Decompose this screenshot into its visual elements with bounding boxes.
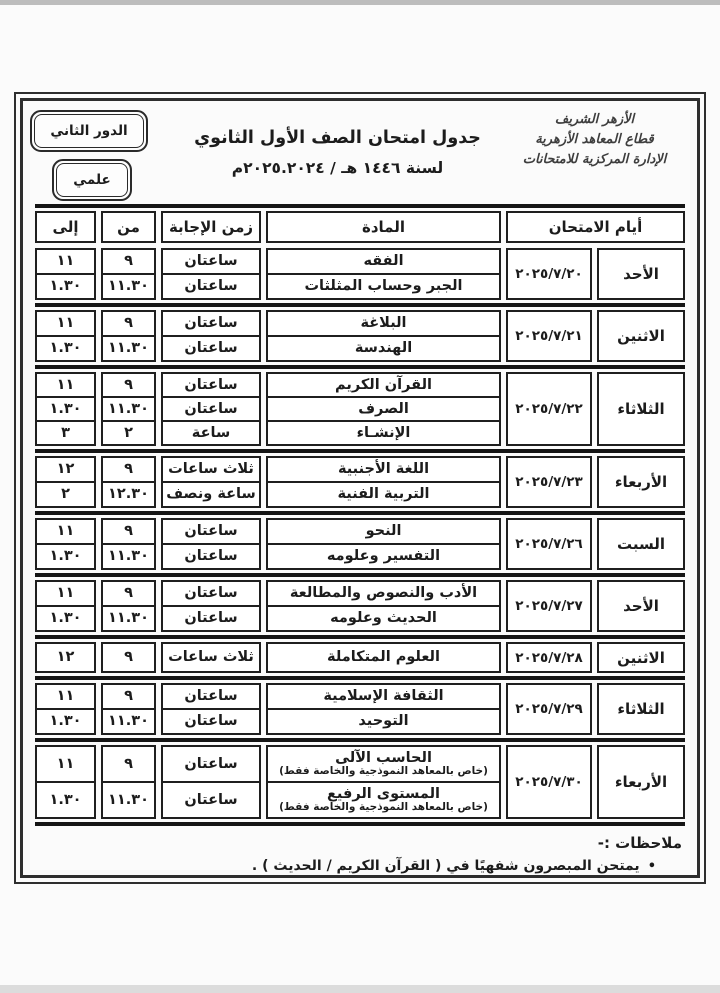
duration-cell: ساعة ونصف <box>163 481 259 506</box>
to-time-cell: ١١ <box>37 685 94 708</box>
duration-cell: ساعتان <box>163 312 259 335</box>
from-time-cell: ٩ <box>103 644 154 671</box>
document-title: جدول امتحان الصف الأول الثانوي <box>178 128 497 148</box>
subject-cell: التفسير وعلومه <box>268 543 499 568</box>
group-separator <box>35 449 685 453</box>
subject-name: الحاسب الآلى <box>335 750 432 766</box>
notes-heading: ملاحظات :- <box>38 834 682 852</box>
duration-cell: ساعتان <box>163 582 259 605</box>
subject-cell: الهندسة <box>268 335 499 360</box>
note-text: يمتحن المبصرون شفهيًا في ( القرآن الكريم… <box>252 858 640 874</box>
to-time-cell: ١١ <box>37 582 94 605</box>
subject-cell: اللغة الأجنبية <box>268 458 499 481</box>
subject-name: المستوى الرفيع <box>327 786 440 802</box>
from-time-cell: ٩ <box>103 747 154 781</box>
subject-cell: البلاغة <box>268 312 499 335</box>
document-year: لسنة ١٤٤٦ هـ / ٢٠٢٥.٢٠٢٤م <box>178 159 497 177</box>
day-group-monday-2: الاثنين ٢٠٢٥/٧/٢٨ العلوم المتكاملة ثلاث … <box>35 642 685 673</box>
letterhead-line2: قطاع المعاهد الأزهرية <box>497 130 692 150</box>
day-group-wednesday-1: الأربعاء ٢٠٢٥/٧/٢٣ اللغة الأجنبية التربي… <box>35 456 685 508</box>
day-group-tuesday-2: الثلاثاء ٢٠٢٥/٧/٢٩ الثقافة الإسلامية الت… <box>35 683 685 735</box>
document-header: الأزهر الشريف قطاع المعاهد الأزهرية الإد… <box>28 107 692 201</box>
to-time-cell: ١.٣٠ <box>37 781 94 817</box>
scan-edge-bottom <box>0 985 720 993</box>
to-time-cell: ١٢ <box>37 458 94 481</box>
subject-cell: الحديث وعلومه <box>268 605 499 630</box>
to-time-cell: ١.٣٠ <box>37 708 94 733</box>
from-time-cell: ٩ <box>103 374 154 396</box>
note-item: • يمتحن المبصرون شفهيًا في ( القرآن الكر… <box>38 858 656 874</box>
to-time-cell: ١٢ <box>37 644 94 671</box>
from-time-cell: ١١.٣٠ <box>103 605 154 630</box>
duration-cell: ساعتان <box>163 520 259 543</box>
header-exam-days: أيام الامتحان <box>506 211 685 243</box>
from-time-cell: ١١.٣٠ <box>103 781 154 817</box>
subject-cell: الفقه <box>268 250 499 273</box>
subject-cell: الأدب والنصوص والمطالعة <box>268 582 499 605</box>
round-badge: الدور الثاني <box>30 110 148 152</box>
subject-cell: التربية الفنية <box>268 481 499 506</box>
scan-edge-top <box>0 0 720 5</box>
to-time-cell: ١١ <box>37 747 94 781</box>
subject-cell: القرآن الكريم <box>268 374 499 396</box>
date-cell: ٢٠٢٥/٧/٢٠ <box>506 248 592 300</box>
subject-cell: الثقافة الإسلامية <box>268 685 499 708</box>
duration-cell: ساعتان <box>163 605 259 630</box>
from-time-cell: ١١.٣٠ <box>103 396 154 420</box>
subject-note: (خاص بالمعاهد النموذجية والخاصة فقط) <box>279 802 488 814</box>
table-header-row: أيام الامتحان المادة زمن الإجابة من إلى <box>35 211 685 243</box>
from-time-cell: ١١.٣٠ <box>103 708 154 733</box>
day-group-tuesday-1: الثلاثاء ٢٠٢٥/٧/٢٢ القرآن الكريم الصرف ا… <box>35 372 685 446</box>
day-name-cell: الثلاثاء <box>597 683 685 735</box>
duration-cell: ساعتان <box>163 747 259 781</box>
subject-cell: التوحيد <box>268 708 499 733</box>
bullet-icon: • <box>648 859 656 874</box>
day-name-cell: الأربعاء <box>597 456 685 508</box>
date-cell: ٢٠٢٥/٧/٢٢ <box>506 372 592 446</box>
day-name-cell: الاثنين <box>597 310 685 362</box>
to-time-cell: ١.٣٠ <box>37 273 94 298</box>
date-cell: ٢٠٢٥/٧/٣٠ <box>506 745 592 819</box>
duration-cell: ساعتان <box>163 685 259 708</box>
to-time-cell: ١١ <box>37 312 94 335</box>
day-group-sunday-2: الأحد ٢٠٢٥/٧/٢٧ الأدب والنصوص والمطالعة … <box>35 580 685 632</box>
to-time-cell: ١.٣٠ <box>37 335 94 360</box>
subject-cell: الجبر وحساب المثلثات <box>268 273 499 298</box>
duration-cell: ساعتان <box>163 335 259 360</box>
subject-note: (خاص بالمعاهد النموذجية والخاصة فقط) <box>279 766 488 778</box>
from-time-cell: ٩ <box>103 685 154 708</box>
track-badge-label: علمي <box>56 163 128 197</box>
from-time-cell: ٩ <box>103 520 154 543</box>
subject-cell: النحو <box>268 520 499 543</box>
date-cell: ٢٠٢٥/٧/٢٨ <box>506 642 592 673</box>
group-separator <box>35 573 685 577</box>
day-name-cell: الأحد <box>597 580 685 632</box>
day-name-cell: الأحد <box>597 248 685 300</box>
from-time-cell: ١٢.٣٠ <box>103 481 154 506</box>
group-separator <box>35 676 685 680</box>
from-time-cell: ٩ <box>103 250 154 273</box>
letterhead: الأزهر الشريف قطاع المعاهد الأزهرية الإد… <box>497 107 692 170</box>
date-cell: ٢٠٢٥/٧/٢٩ <box>506 683 592 735</box>
badges-area: الدور الثاني علمي <box>28 107 178 201</box>
header-duration: زمن الإجابة <box>161 211 261 243</box>
to-time-cell: ١١ <box>37 374 94 396</box>
from-time-cell: ٢ <box>103 420 154 444</box>
duration-cell: ساعة <box>163 420 259 444</box>
date-cell: ٢٠٢٥/٧/٢٦ <box>506 518 592 570</box>
to-time-cell: ١١ <box>37 250 94 273</box>
group-separator <box>35 635 685 639</box>
day-name-cell: الاثنين <box>597 642 685 673</box>
subject-cell: الحاسب الآلى (خاص بالمعاهد النموذجية وال… <box>268 747 499 781</box>
from-time-cell: ٩ <box>103 312 154 335</box>
duration-cell: ساعتان <box>163 708 259 733</box>
duration-cell: ساعتان <box>163 250 259 273</box>
date-cell: ٢٠٢٥/٧/٢٣ <box>506 456 592 508</box>
duration-cell: ساعتان <box>163 273 259 298</box>
group-separator <box>35 365 685 369</box>
duration-cell: ساعتان <box>163 374 259 396</box>
from-time-cell: ٩ <box>103 582 154 605</box>
subject-cell: المستوى الرفيع (خاص بالمعاهد النموذجية و… <box>268 781 499 817</box>
notes-section: ملاحظات :- • يمتحن المبصرون شفهيًا في ( … <box>38 834 682 874</box>
from-time-cell: ٩ <box>103 458 154 481</box>
day-group-monday-1: الاثنين ٢٠٢٥/٧/٢١ البلاغة الهندسة ساعتان… <box>35 310 685 362</box>
subject-cell: الإنشـاء <box>268 420 499 444</box>
to-time-cell: ١.٣٠ <box>37 543 94 568</box>
track-badge: علمي <box>52 159 132 201</box>
day-group-wednesday-2: الأربعاء ٢٠٢٥/٧/٣٠ الحاسب الآلى (خاص بال… <box>35 745 685 819</box>
round-badge-label: الدور الثاني <box>34 114 144 148</box>
table-bottom-bar <box>35 822 685 826</box>
scanned-exam-schedule-page: الأزهر الشريف قطاع المعاهد الأزهرية الإد… <box>0 0 720 993</box>
date-cell: ٢٠٢٥/٧/٢٧ <box>506 580 592 632</box>
group-separator <box>35 303 685 307</box>
to-time-cell: ٢ <box>37 481 94 506</box>
to-time-cell: ١.٣٠ <box>37 396 94 420</box>
header-to: إلى <box>35 211 96 243</box>
day-name-cell: الأربعاء <box>597 745 685 819</box>
from-time-cell: ١١.٣٠ <box>103 335 154 360</box>
table-top-bar <box>35 204 685 208</box>
group-separator <box>35 511 685 515</box>
day-name-cell: السبت <box>597 518 685 570</box>
to-time-cell: ٣ <box>37 420 94 444</box>
day-group-saturday: السبت ٢٠٢٥/٧/٢٦ النحو التفسير وعلومه ساع… <box>35 518 685 570</box>
letterhead-line3: الإدارة المركزية للامتحانات <box>497 150 692 170</box>
from-time-cell: ١١.٣٠ <box>103 273 154 298</box>
document-frame: الأزهر الشريف قطاع المعاهد الأزهرية الإد… <box>14 92 706 884</box>
group-separator <box>35 738 685 742</box>
duration-cell: ساعتان <box>163 396 259 420</box>
subject-cell: العلوم المتكاملة <box>268 644 499 671</box>
exam-schedule-table: أيام الامتحان المادة زمن الإجابة من إلى … <box>35 204 685 826</box>
day-group-sunday-1: الأحد ٢٠٢٥/٧/٢٠ الفقه الجبر وحساب المثلث… <box>35 248 685 300</box>
title-block: جدول امتحان الصف الأول الثانوي لسنة ١٤٤٦… <box>178 107 497 177</box>
to-time-cell: ١١ <box>37 520 94 543</box>
subject-cell: الصرف <box>268 396 499 420</box>
from-time-cell: ١١.٣٠ <box>103 543 154 568</box>
duration-cell: ساعتان <box>163 543 259 568</box>
header-from: من <box>101 211 156 243</box>
duration-cell: ثلاث ساعات <box>163 644 259 671</box>
header-subject: المادة <box>266 211 501 243</box>
date-cell: ٢٠٢٥/٧/٢١ <box>506 310 592 362</box>
duration-cell: ساعتان <box>163 781 259 817</box>
duration-cell: ثلاث ساعات <box>163 458 259 481</box>
letterhead-line1: الأزهر الشريف <box>497 110 692 130</box>
to-time-cell: ١.٣٠ <box>37 605 94 630</box>
day-name-cell: الثلاثاء <box>597 372 685 446</box>
